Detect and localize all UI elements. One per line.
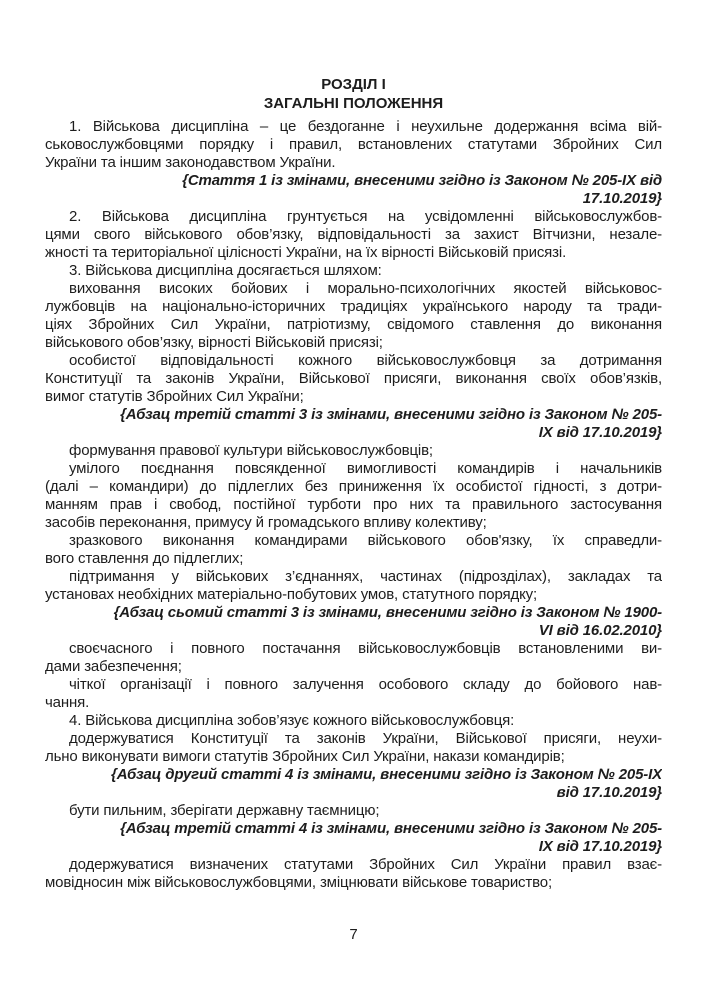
paragraph: 2. Військова дисципліна грунтується на у…: [45, 208, 662, 262]
paragraph: умілого поєднання повсякденної вимогливо…: [45, 460, 662, 532]
text-line: бути пильним, зберігати державну таємниц…: [45, 802, 662, 820]
text-line: {Абзац сьомий статті 3 із змінами, внесе…: [45, 604, 662, 622]
text-line: вого ставлення до підлеглих;: [45, 550, 662, 568]
amendment-note: {Абзац сьомий статті 3 із змінами, внесе…: [45, 604, 662, 640]
chapter-heading-block: РОЗДІЛ І ЗАГАЛЬНІ ПОЛОЖЕННЯ: [45, 75, 662, 113]
paragraph: підтримання у військових з’єднаннях, час…: [45, 568, 662, 604]
text-line: манням прав і свобод, постійної турботи …: [45, 496, 662, 514]
text-line: установах необхідних матеріально-побутов…: [45, 586, 662, 604]
text-line: (далі – командири) до підлеглих без прин…: [45, 478, 662, 496]
text-line: чіткої організації і повного залучення о…: [45, 676, 662, 694]
text-line: України та іншим законодавством України.: [45, 154, 662, 172]
paragraph: виховання високих бойових і морально-пси…: [45, 280, 662, 352]
paragraph: чіткої організації і повного залучення о…: [45, 676, 662, 712]
text-line: особистої відповідальності кожного війсь…: [45, 352, 662, 370]
text-line: 1. Військова дисципліна – це бездоганне …: [45, 118, 662, 136]
text-line: зразкового виконання командирами військо…: [45, 532, 662, 550]
text-line: ІХ від 17.10.2019}: [45, 838, 662, 856]
paragraph: 3. Військова дисципліна досягається шлях…: [45, 262, 662, 280]
text-line: формування правової культури військовосл…: [45, 442, 662, 460]
amendment-note: {Стаття 1 із змінами, внесеними згідно і…: [45, 172, 662, 208]
text-line: {Абзац третій статті 3 із змінами, внесе…: [45, 406, 662, 424]
text-line: додержуватися визначених статутами Зброй…: [45, 856, 662, 874]
text-line: 17.10.2019}: [45, 190, 662, 208]
text-line: виховання високих бойових і морально-пси…: [45, 280, 662, 298]
paragraph: зразкового виконання командирами військо…: [45, 532, 662, 568]
section-heading: ЗАГАЛЬНІ ПОЛОЖЕННЯ: [45, 94, 662, 113]
paragraph: формування правової культури військовосл…: [45, 442, 662, 460]
text-line: чання.: [45, 694, 662, 712]
text-line: VI від 16.02.2010}: [45, 622, 662, 640]
page-footer: 7: [0, 926, 707, 943]
page-number: 7: [349, 926, 357, 943]
text-line: мовідносин між військовослужбовцями, змі…: [45, 874, 662, 892]
text-line: 4. Військова дисципліна зобов’язує кожно…: [45, 712, 662, 730]
paragraph: бути пильним, зберігати державну таємниц…: [45, 802, 662, 820]
text-line: від 17.10.2019}: [45, 784, 662, 802]
paragraph: 4. Військова дисципліна зобов’язує кожно…: [45, 712, 662, 730]
chapter-heading: РОЗДІЛ І: [45, 75, 662, 94]
text-line: ІХ від 17.10.2019}: [45, 424, 662, 442]
text-line: військового обов’язку, вірності Військов…: [45, 334, 662, 352]
amendment-note: {Абзац третій статті 4 із змінами, внесе…: [45, 820, 662, 856]
text-line: 2. Військова дисципліна грунтується на у…: [45, 208, 662, 226]
text-line: умілого поєднання повсякденної вимогливо…: [45, 460, 662, 478]
document-body: 1. Військова дисципліна – це бездоганне …: [45, 118, 662, 892]
text-line: Конституції та законів України, Військов…: [45, 370, 662, 388]
text-line: лужбовців на національно-історичних трад…: [45, 298, 662, 316]
text-line: жності та територіальної цілісності Укра…: [45, 244, 662, 262]
text-line: ськовослужбовцями порядку і правил, вста…: [45, 136, 662, 154]
paragraph: особистої відповідальності кожного війсь…: [45, 352, 662, 406]
amendment-note: {Абзац другий статті 4 із змінами, внесе…: [45, 766, 662, 802]
text-line: {Абзац третій статті 4 із змінами, внесе…: [45, 820, 662, 838]
text-line: дами забезпечення;: [45, 658, 662, 676]
text-line: {Абзац другий статті 4 із змінами, внесе…: [45, 766, 662, 784]
text-line: додержуватися Конституції та законів Укр…: [45, 730, 662, 748]
text-line: льно виконувати вимоги статутів Збройних…: [45, 748, 662, 766]
text-line: своєчасного і повного постачання військо…: [45, 640, 662, 658]
paragraph: додержуватися Конституції та законів Укр…: [45, 730, 662, 766]
paragraph: 1. Військова дисципліна – це бездоганне …: [45, 118, 662, 172]
paragraph: своєчасного і повного постачання військо…: [45, 640, 662, 676]
text-line: засобів переконання, примусу й громадськ…: [45, 514, 662, 532]
amendment-note: {Абзац третій статті 3 із змінами, внесе…: [45, 406, 662, 442]
text-line: цями свого військового обов’язку, відпов…: [45, 226, 662, 244]
document-page: РОЗДІЛ І ЗАГАЛЬНІ ПОЛОЖЕННЯ 1. Військова…: [0, 0, 707, 1000]
text-line: ціях Збройних Сил України, патріотизму, …: [45, 316, 662, 334]
text-line: вимог статутів Збройних Сил України;: [45, 388, 662, 406]
text-line: підтримання у військових з’єднаннях, час…: [45, 568, 662, 586]
text-line: {Стаття 1 із змінами, внесеними згідно і…: [45, 172, 662, 190]
text-line: 3. Військова дисципліна досягається шлях…: [45, 262, 662, 280]
paragraph: додержуватися визначених статутами Зброй…: [45, 856, 662, 892]
